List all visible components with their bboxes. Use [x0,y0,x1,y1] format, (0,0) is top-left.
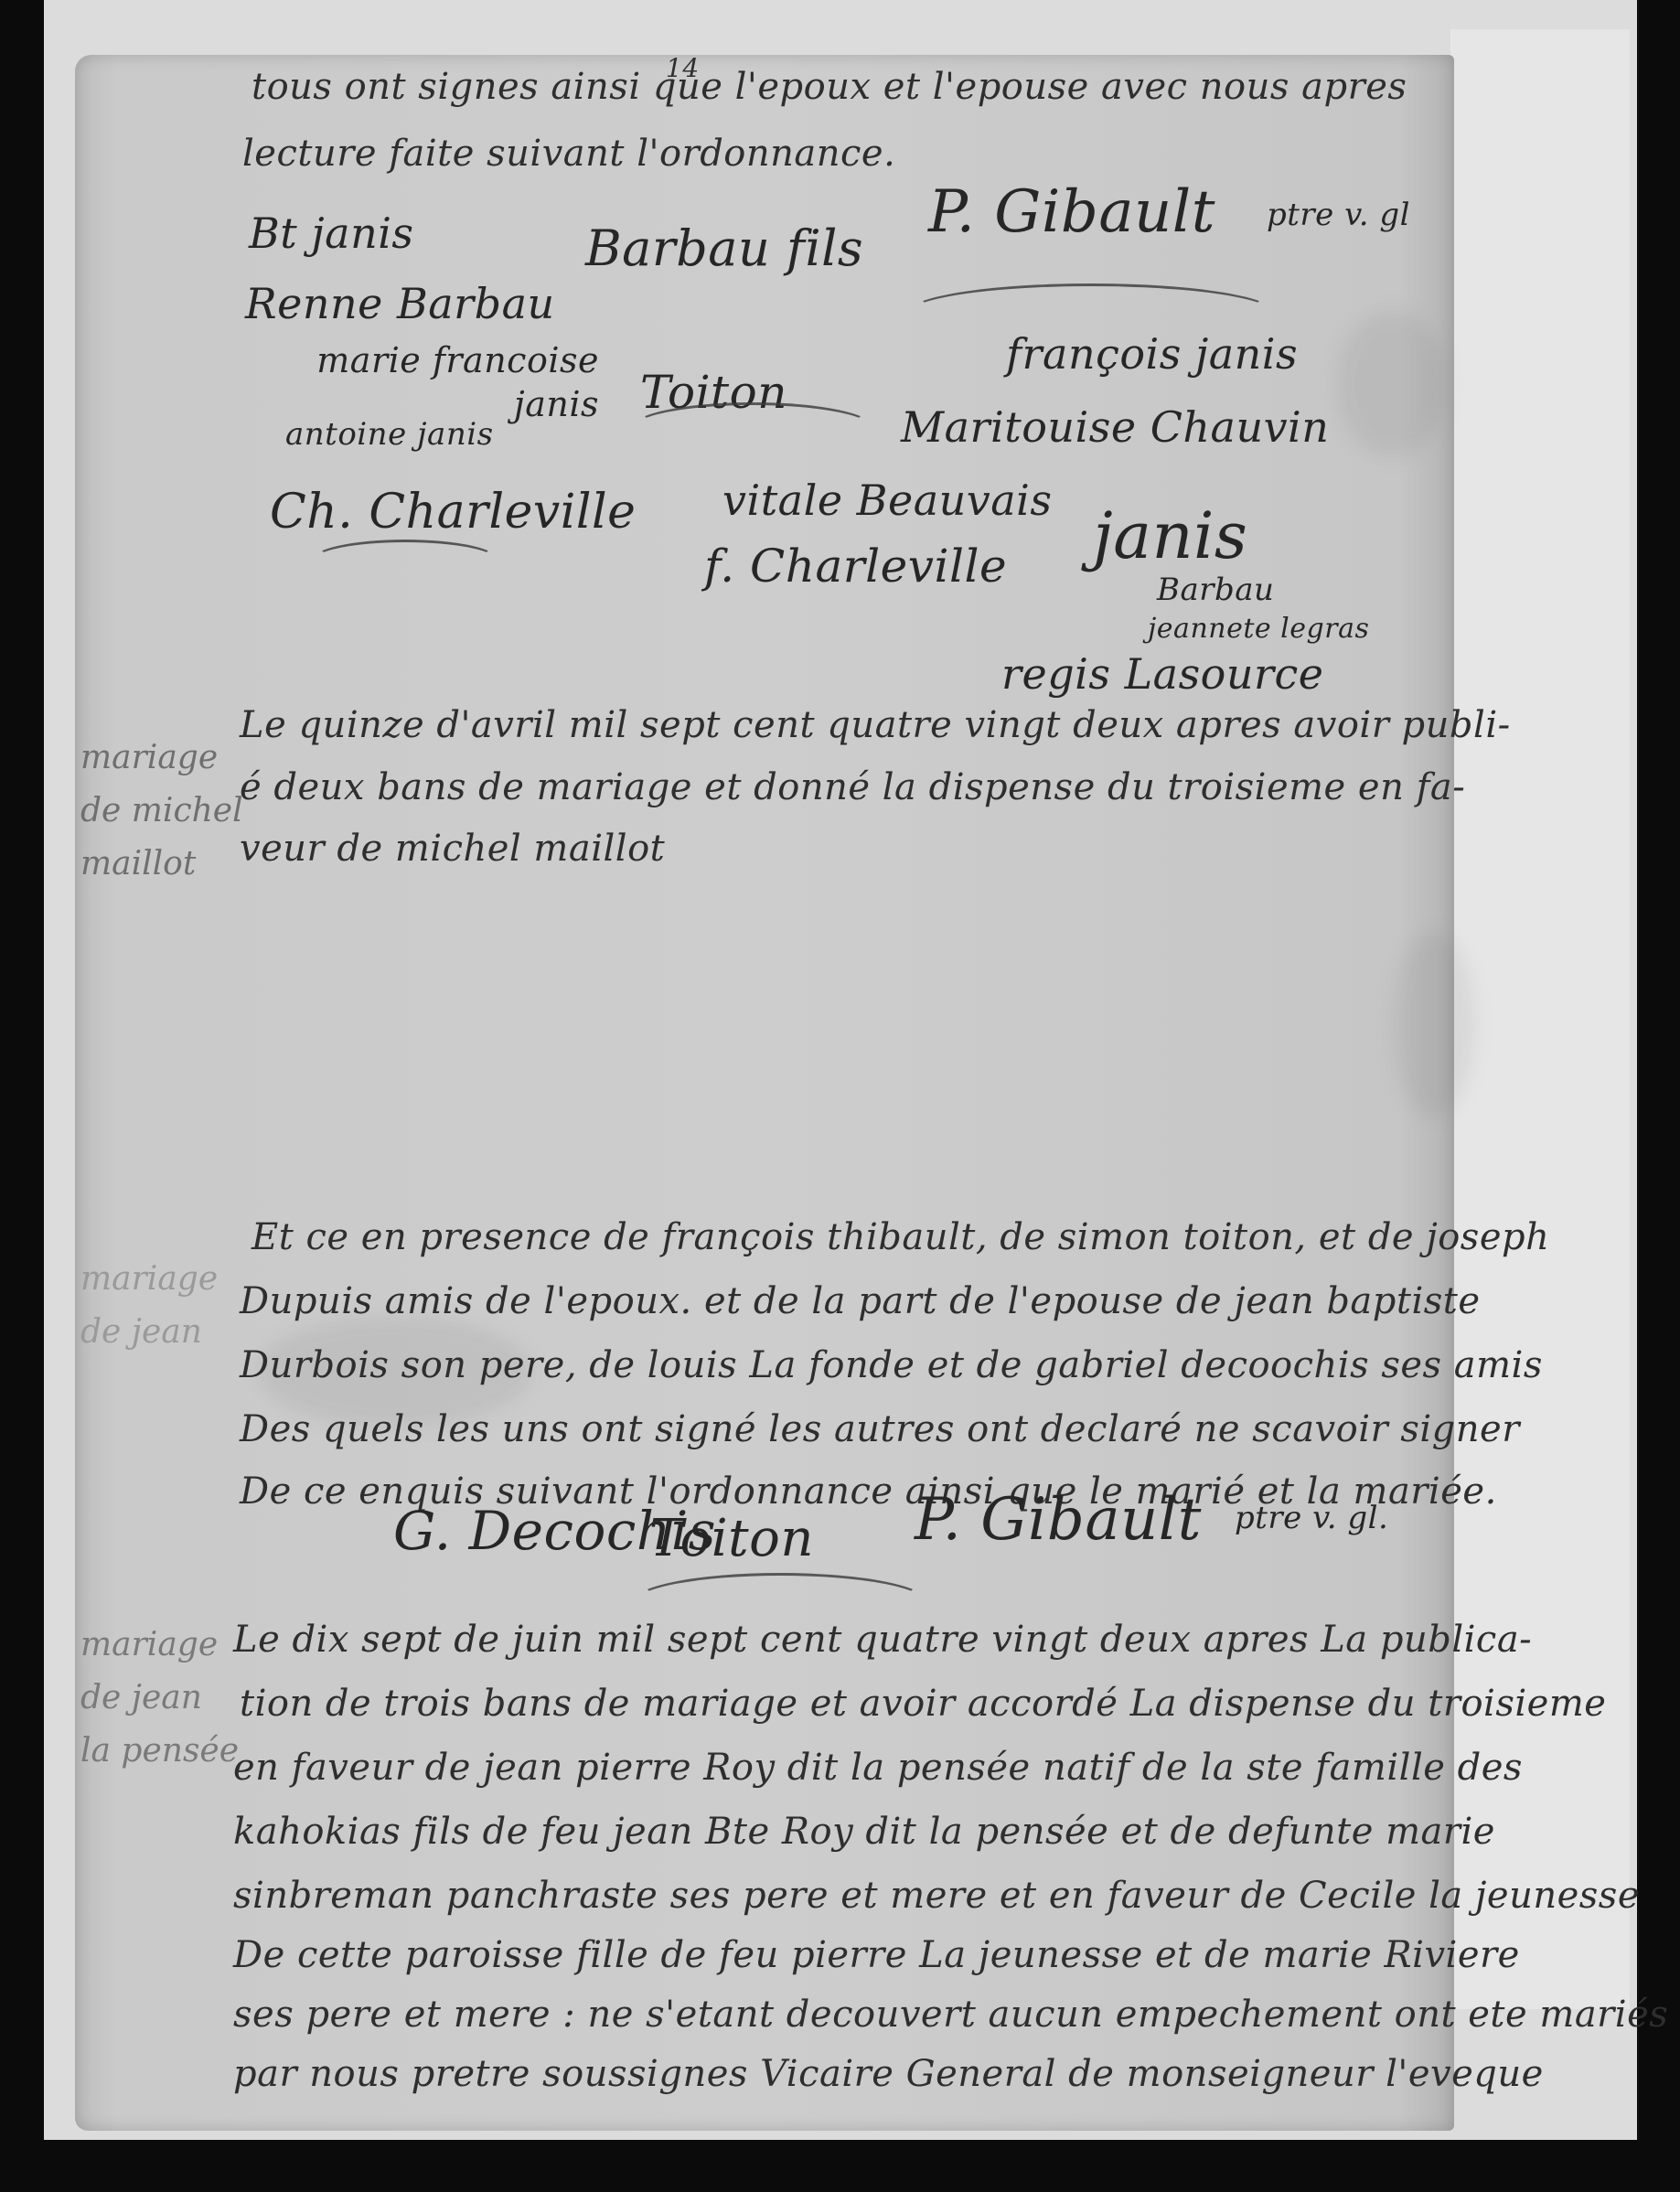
signature-gibault: P. Gibault [915,1486,1202,1554]
signature-janis: janis [1093,498,1247,573]
signature-regis-lasource: regis Lasource [1001,649,1323,699]
margin-note-entry-4: mariage de jean la pensée [80,1619,239,1778]
signature-francois-janis: françois janis [1006,329,1298,379]
entry-4-line-7: ses pere et mere : ne s'etant decouvert … [233,1994,1668,2036]
stain [1337,311,1447,457]
entry-3-line-4: Des quels les uns ont signé les autres o… [240,1408,1520,1450]
entry-1-line-2: lecture faite suivant l'ordonnance. [242,133,895,175]
entry-2-line-1: Le quinze d'avril mil sept cent quatre v… [240,704,1511,746]
signature-maritouise-chauvin: Maritouise Chauvin [901,402,1329,452]
signature-f-charleville: f. Charleville [704,540,1007,593]
signature-toiton: Toiton [649,1509,814,1568]
entry-4-line-2: tion de trois bans de mariage et avoir a… [240,1683,1606,1725]
signature-flourish [631,402,874,454]
margin-note-entry-2: mariage de michel maillot [80,732,243,891]
signature-gibault: P. Gibault [928,178,1215,246]
signature-ch-charleville: Ch. Charleville [270,485,636,540]
entry-4-line-5: sinbreman panchraste ses pere et mere et… [233,1875,1640,1917]
signature-antoine-janis: antoine janis [285,416,494,453]
signature-gibault-title: ptre v. gl. [1235,1500,1388,1536]
entry-4-line-8: par nous pretre soussignes Vicaire Gener… [233,2053,1544,2095]
entry-3-line-3: Durbois son pere, de louis La fonde et d… [240,1344,1543,1386]
entry-2-line-3: veur de michel maillot [240,828,665,870]
signature-vitale-beauvais: vitale Beauvais [722,476,1052,525]
signature-flourish [311,540,499,582]
entry-4-line-6: De cette paroisse fille de feu pierre La… [233,1934,1520,1976]
signature-b-janis: Bt janis [249,209,414,258]
signature-barbau: Barbau [1157,572,1274,608]
entry-4-line-3: en faveur de jean pierre Roy dit la pens… [233,1747,1523,1789]
stain [1392,933,1474,1116]
entry-1-line-1: tous ont signes ainsi que l'epoux et l'e… [251,66,1407,108]
margin-note-entry-3: mariage de jean [80,1253,218,1359]
entry-3-line-2: Dupuis amis de l'epoux. et de la part de… [240,1280,1481,1322]
entry-3-line-1: Et ce en presence de françois thibault, … [251,1216,1549,1258]
signature-marie-francoise-janis: marie francoise janis [251,338,599,426]
signature-barbau-fils: Barbau fils [585,219,863,277]
entry-4-line-4: kahokias fils de feu jean Bte Roy dit la… [233,1811,1495,1853]
signature-renne-barbau: Renne Barbau [245,279,555,328]
signature-gibault-title: ptre v. gl [1267,197,1410,233]
entry-4-line-1: Le dix sept de juin mil sept cent quatre… [233,1619,1532,1661]
entry-2-line-2: é deux bans de mariage et donné la dispe… [240,766,1465,808]
signature-jeannete-legras: jeannete legras [1148,613,1369,645]
